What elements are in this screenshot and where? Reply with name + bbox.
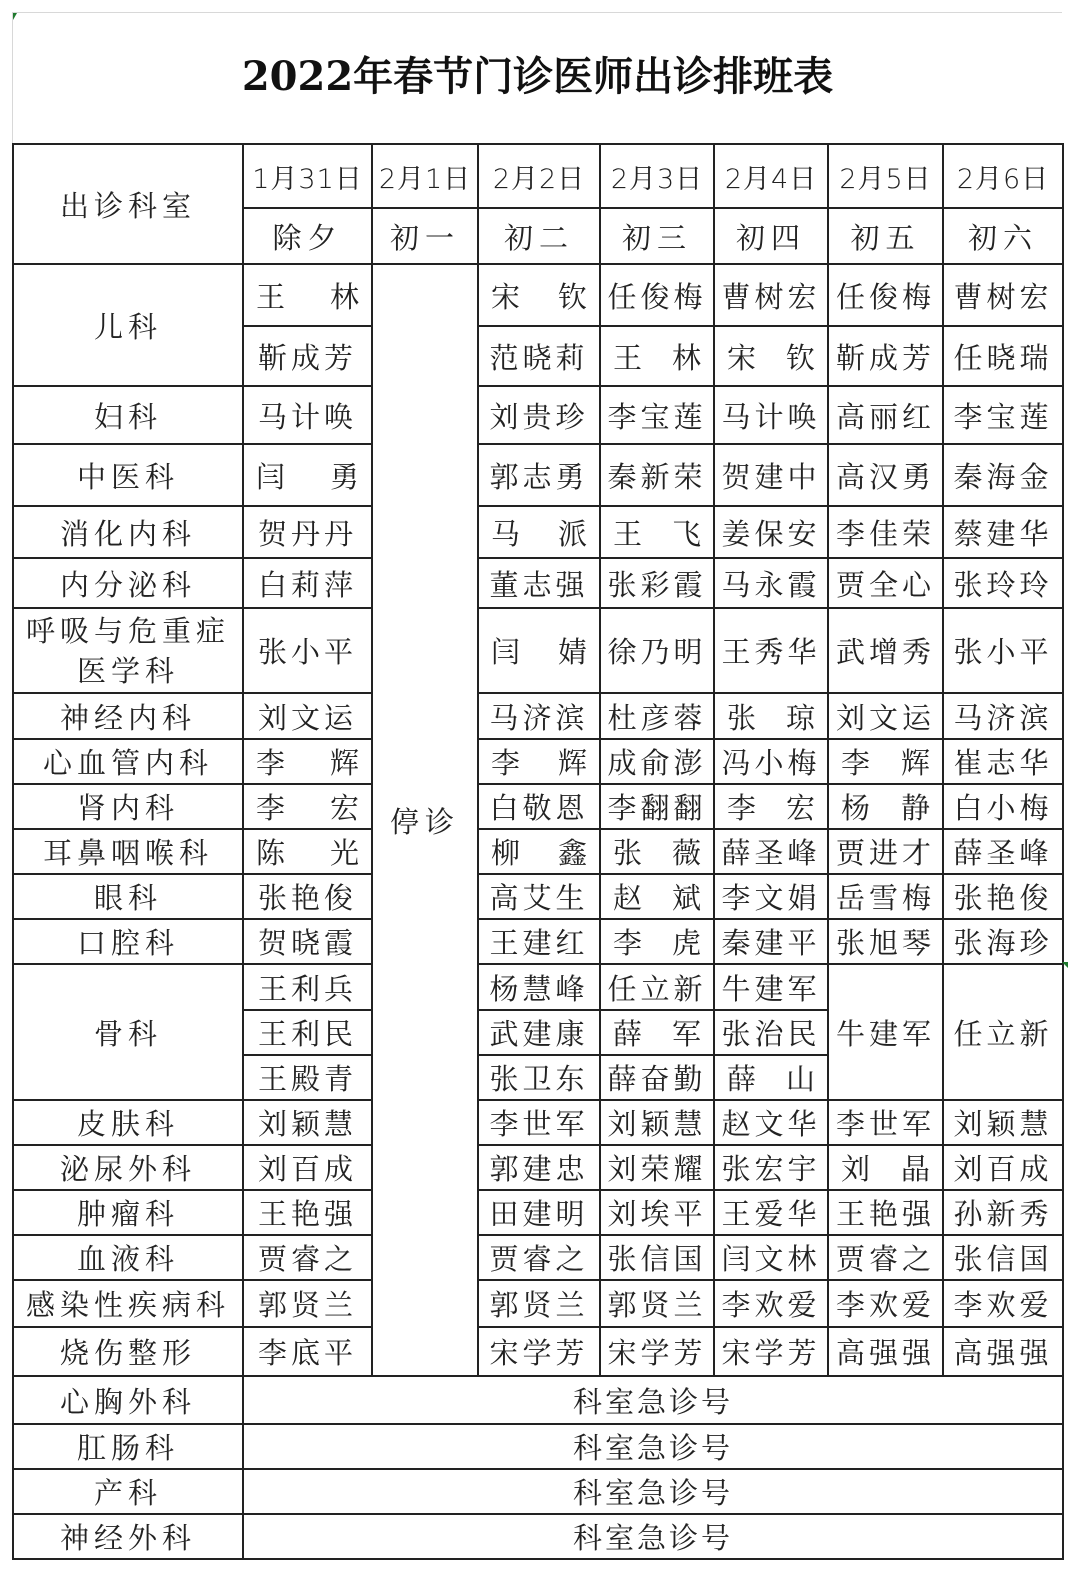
doctor-cell: 郭贤兰 <box>243 1280 372 1327</box>
name-part: 钦 <box>786 336 815 377</box>
cell-text: 王林 <box>601 336 713 377</box>
name-part: 宋 <box>491 275 520 316</box>
cell-text: 李辉 <box>829 741 942 782</box>
table-row-emergency: 心胸外科科室急诊号 <box>13 1376 1063 1424</box>
doctor-cell: 王爱华 <box>714 1190 828 1235</box>
header-row-dates: 出诊科室1月31日2月1日2月2日2月3日2月4日2月5日2月6日 <box>13 144 1063 208</box>
doctor-cell: 杨静 <box>828 784 943 829</box>
table-row: 泌尿外科刘百成郭建忠刘荣耀张宏宇刘晶刘百成 <box>13 1145 1063 1190</box>
doctor-cell: 马永霞 <box>714 558 828 608</box>
column-header-date: 2月5日 <box>828 144 943 208</box>
name-part: 李 <box>256 741 285 782</box>
table-row: 血液科贾睿之贾睿之张信国闫文林贾睿之张信国 <box>13 1235 1063 1280</box>
department-name: 眼科 <box>13 874 243 919</box>
page-title: 2022年春节门诊医师出诊排班表 <box>242 45 833 102</box>
doctor-cell: 李欢爱 <box>714 1280 828 1327</box>
name-part: 虎 <box>672 921 701 962</box>
doctor-cell: 刘埃平 <box>600 1190 714 1235</box>
cell-text: 刘晶 <box>829 1147 942 1188</box>
doctor-cell: 王利兵 <box>243 964 372 1010</box>
department-name: 内分泌科 <box>13 558 243 608</box>
table-row: 烧伤整形李底平宋学芳宋学芳宋学芳高强强高强强 <box>13 1327 1063 1376</box>
doctor-cell: 王艳强 <box>243 1190 372 1235</box>
table-row: 儿科王林停诊宋钦任俊梅曹树宏任俊梅曹树宏 <box>13 264 1063 326</box>
cell-text: 赵斌 <box>601 876 713 917</box>
name-part: 李 <box>727 786 756 827</box>
doctor-cell: 蔡建华 <box>943 506 1063 558</box>
name-part: 张 <box>613 831 642 872</box>
name-part: 陈 <box>256 831 285 872</box>
doctor-cell: 宋钦 <box>714 326 828 386</box>
doctor-cell: 高强强 <box>943 1327 1063 1376</box>
doctor-cell: 范晓莉 <box>478 326 600 386</box>
name-part: 山 <box>786 1057 815 1098</box>
name-part: 婧 <box>558 630 587 671</box>
column-header-date: 2月1日 <box>372 144 478 208</box>
doctor-cell: 赵斌 <box>600 874 714 919</box>
doctor-cell: 张宏宇 <box>714 1145 828 1190</box>
doctor-cell: 李佳荣 <box>828 506 943 558</box>
department-name: 肿瘤科 <box>13 1190 243 1235</box>
doctor-cell: 孙新秀 <box>943 1190 1063 1235</box>
doctor-cell: 任俊梅 <box>600 264 714 326</box>
department-name: 中医科 <box>13 444 243 506</box>
doctor-cell: 靳成芳 <box>828 326 943 386</box>
department-name: 骨科 <box>13 964 243 1100</box>
doctor-cell: 马计唤 <box>714 386 828 444</box>
table-row: 骨科王利兵杨慧峰任立新牛建军牛建军任立新 <box>13 964 1063 1010</box>
cell-text: 李虎 <box>601 921 713 962</box>
table-row: 皮肤科刘颖慧李世军刘颖慧赵文华李世军刘颖慧 <box>13 1100 1063 1145</box>
name-part: 李 <box>491 741 520 782</box>
doctor-cell: 宋学芳 <box>600 1327 714 1376</box>
doctor-cell: 白敬恩 <box>478 784 600 829</box>
name-part: 辉 <box>330 741 359 782</box>
cell-text: 闫婧 <box>479 630 599 671</box>
name-part: 宏 <box>786 786 815 827</box>
doctor-cell: 张琼 <box>714 693 828 739</box>
cell-text: 李辉 <box>244 741 371 782</box>
doctor-cell: 郭建忠 <box>478 1145 600 1190</box>
doctor-cell: 刘晶 <box>828 1145 943 1190</box>
department-name: 血液科 <box>13 1235 243 1280</box>
doctor-cell: 马济滨 <box>943 693 1063 739</box>
doctor-cell: 柳鑫 <box>478 829 600 874</box>
department-name: 妇科 <box>13 386 243 444</box>
column-header-lunar-day: 除夕 <box>243 208 372 264</box>
column-header-date: 2月6日 <box>943 144 1063 208</box>
doctor-cell: 董志强 <box>478 558 600 608</box>
doctor-cell: 李辉 <box>243 739 372 784</box>
schedule-table: 出诊科室1月31日2月1日2月2日2月3日2月4日2月5日2月6日除夕初一初二初… <box>12 143 1064 1560</box>
doctor-cell: 李宝莲 <box>600 386 714 444</box>
name-part: 钦 <box>558 275 587 316</box>
name-part: 马 <box>491 512 520 553</box>
department-name: 肛肠科 <box>13 1424 243 1469</box>
doctor-cell: 李文娟 <box>714 874 828 919</box>
doctor-cell: 崔志华 <box>943 739 1063 784</box>
doctor-cell: 秦新荣 <box>600 444 714 506</box>
name-part: 鑫 <box>558 831 587 872</box>
doctor-cell: 张彩霞 <box>600 558 714 608</box>
doctor-cell: 刘贵珍 <box>478 386 600 444</box>
emergency-cell: 科室急诊号 <box>243 1424 1063 1469</box>
doctor-cell: 冯小梅 <box>714 739 828 784</box>
doctor-cell: 任俊梅 <box>828 264 943 326</box>
table-row: 肾内科李宏白敬恩李翻翻李宏杨静白小梅 <box>13 784 1063 829</box>
department-name: 口腔科 <box>13 919 243 964</box>
department-name-line: 医学科 <box>14 651 242 691</box>
department-name: 烧伤整形 <box>13 1327 243 1376</box>
doctor-cell: 白小梅 <box>943 784 1063 829</box>
doctor-cell: 秦海金 <box>943 444 1063 506</box>
doctor-cell: 马济滨 <box>478 693 600 739</box>
doctor-cell: 岳雪梅 <box>828 874 943 919</box>
table-row: 中医科闫勇郭志勇秦新荣贺建中高汉勇秦海金 <box>13 444 1063 506</box>
emergency-cell: 科室急诊号 <box>243 1514 1063 1559</box>
doctor-cell: 徐乃明 <box>600 608 714 693</box>
department-name: 心血管内科 <box>13 739 243 784</box>
cell-text: 宋钦 <box>715 336 827 377</box>
doctor-cell: 任晓瑞 <box>943 326 1063 386</box>
doctor-cell: 任立新 <box>600 964 714 1010</box>
doctor-cell: 刘文运 <box>828 693 943 739</box>
doctor-cell: 李翻翻 <box>600 784 714 829</box>
doctor-cell: 李宏 <box>714 784 828 829</box>
emergency-cell: 科室急诊号 <box>243 1376 1063 1424</box>
table-row: 耳鼻咽喉科陈光柳鑫张薇薛圣峰贾进才薛圣峰 <box>13 829 1063 874</box>
name-part: 光 <box>330 831 359 872</box>
doctor-cell: 李世军 <box>478 1100 600 1145</box>
name-part: 勇 <box>330 455 359 496</box>
cell-text: 马派 <box>479 512 599 553</box>
name-part: 军 <box>672 1012 701 1053</box>
name-part: 王 <box>613 336 642 377</box>
doctor-cell: 张旭琴 <box>828 919 943 964</box>
name-part: 辉 <box>901 741 930 782</box>
doctor-cell: 闫文林 <box>714 1235 828 1280</box>
name-part: 辉 <box>558 741 587 782</box>
name-part: 斌 <box>672 876 701 917</box>
column-header-date: 1月31日 <box>243 144 372 208</box>
doctor-cell: 贾进才 <box>828 829 943 874</box>
doctor-cell: 高艾生 <box>478 874 600 919</box>
doctor-cell: 张治民 <box>714 1010 828 1055</box>
doctor-cell: 李底平 <box>243 1327 372 1376</box>
doctor-cell: 薛山 <box>714 1055 828 1100</box>
cell-marker-icon <box>1062 962 1068 968</box>
department-name: 神经内科 <box>13 693 243 739</box>
emergency-cell: 科室急诊号 <box>243 1469 1063 1514</box>
department-name: 心胸外科 <box>13 1376 243 1424</box>
doctor-cell: 郭贤兰 <box>478 1280 600 1327</box>
table-row-emergency: 产科科室急诊号 <box>13 1469 1063 1514</box>
cell-text: 宋钦 <box>479 275 599 316</box>
doctor-cell: 王飞 <box>600 506 714 558</box>
doctor-cell: 武建康 <box>478 1010 600 1055</box>
doctor-cell: 李宏 <box>243 784 372 829</box>
doctor-cell: 贾睿之 <box>828 1235 943 1280</box>
table-row: 心血管内科李辉李辉成俞澎冯小梅李辉崔志华 <box>13 739 1063 784</box>
doctor-cell: 刘百成 <box>243 1145 372 1190</box>
name-part: 静 <box>901 786 930 827</box>
column-header-lunar-day: 初一 <box>372 208 478 264</box>
doctor-cell: 赵文华 <box>714 1100 828 1145</box>
doctor-cell: 张玲玲 <box>943 558 1063 608</box>
doctor-cell: 张信国 <box>600 1235 714 1280</box>
doctor-cell: 李宝莲 <box>943 386 1063 444</box>
doctor-cell: 马计唤 <box>243 386 372 444</box>
doctor-cell: 成俞澎 <box>600 739 714 784</box>
doctor-cell: 陈光 <box>243 829 372 874</box>
doctor-cell: 李世军 <box>828 1100 943 1145</box>
doctor-cell: 贾全心 <box>828 558 943 608</box>
name-part: 飞 <box>672 512 701 553</box>
doctor-cell: 刘颖慧 <box>600 1100 714 1145</box>
column-header-lunar-day: 初四 <box>714 208 828 264</box>
name-part: 王 <box>613 512 642 553</box>
table-row: 妇科马计唤刘贵珍李宝莲马计唤高丽红李宝莲 <box>13 386 1063 444</box>
column-header-lunar-day: 初二 <box>478 208 600 264</box>
doctor-cell: 贺晓霞 <box>243 919 372 964</box>
doctor-cell: 贺建中 <box>714 444 828 506</box>
department-name: 呼吸与危重症医学科 <box>13 608 243 693</box>
name-part: 闫 <box>256 455 285 496</box>
name-part: 刘 <box>841 1147 870 1188</box>
doctor-cell: 王建红 <box>478 919 600 964</box>
column-header-lunar-day: 初五 <box>828 208 943 264</box>
name-part: 柳 <box>491 831 520 872</box>
department-name: 皮肤科 <box>13 1100 243 1145</box>
doctor-cell: 薛军 <box>600 1010 714 1055</box>
table-row: 内分泌科白莉萍董志强张彩霞马永霞贾全心张玲玲 <box>13 558 1063 608</box>
doctor-cell: 高强强 <box>828 1327 943 1376</box>
doctor-cell: 白莉萍 <box>243 558 372 608</box>
name-part: 琼 <box>786 696 815 737</box>
doctor-cell: 高丽红 <box>828 386 943 444</box>
cell-text: 杨静 <box>829 786 942 827</box>
name-part: 林 <box>330 275 359 316</box>
doctor-cell: 张信国 <box>943 1235 1063 1280</box>
name-part: 宏 <box>330 786 359 827</box>
cell-text: 张琼 <box>715 696 827 737</box>
department-name-line: 呼吸与危重症 <box>14 611 242 651</box>
doctor-cell: 刘颖慧 <box>243 1100 372 1145</box>
cell-text: 薛山 <box>715 1057 827 1098</box>
table-row-emergency: 肛肠科科室急诊号 <box>13 1424 1063 1469</box>
doctor-cell: 张艳俊 <box>243 874 372 919</box>
name-part: 李 <box>256 786 285 827</box>
column-header-lunar-day: 初六 <box>943 208 1063 264</box>
doctor-cell: 贾睿之 <box>243 1235 372 1280</box>
cell-text: 李宏 <box>715 786 827 827</box>
name-part: 王 <box>256 275 285 316</box>
cell-text: 王林 <box>244 275 371 316</box>
doctor-cell: 薛圣峰 <box>714 829 828 874</box>
doctor-cell: 田建明 <box>478 1190 600 1235</box>
table-row: 感染性疾病科郭贤兰郭贤兰郭贤兰李欢爱李欢爱李欢爱 <box>13 1280 1063 1327</box>
name-part: 李 <box>841 741 870 782</box>
doctor-cell: 薛奋勤 <box>600 1055 714 1100</box>
department-name: 产科 <box>13 1469 243 1514</box>
cell-text: 李辉 <box>479 741 599 782</box>
doctor-cell: 张小平 <box>243 608 372 693</box>
closed-cell: 停诊 <box>372 264 478 1376</box>
name-part: 张 <box>727 696 756 737</box>
department-name: 神经外科 <box>13 1514 243 1559</box>
doctor-cell: 贺丹丹 <box>243 506 372 558</box>
department-name: 感染性疾病科 <box>13 1280 243 1327</box>
doctor-cell: 宋学芳 <box>478 1327 600 1376</box>
doctor-cell: 张艳俊 <box>943 874 1063 919</box>
cell-text: 薛军 <box>601 1012 713 1053</box>
name-part: 林 <box>672 336 701 377</box>
table-row-emergency: 神经外科科室急诊号 <box>13 1514 1063 1559</box>
name-part: 薛 <box>613 1012 642 1053</box>
table-row: 眼科张艳俊高艾生赵斌李文娟岳雪梅张艳俊 <box>13 874 1063 919</box>
column-header-date: 2月3日 <box>600 144 714 208</box>
table-row: 呼吸与危重症医学科张小平闫婧徐乃明王秀华武增秀张小平 <box>13 608 1063 693</box>
doctor-cell: 刘文运 <box>243 693 372 739</box>
cell-marker-icon <box>13 13 17 20</box>
doctor-cell: 宋钦 <box>478 264 600 326</box>
column-header-department: 出诊科室 <box>13 144 243 264</box>
cell-text: 张薇 <box>601 831 713 872</box>
cell-text: 闫勇 <box>244 455 371 496</box>
cell-text: 王飞 <box>601 512 713 553</box>
doctor-cell-merged: 牛建军 <box>828 964 943 1100</box>
column-header-lunar-day: 初三 <box>600 208 714 264</box>
table-row: 肿瘤科王艳强田建明刘埃平王爱华王艳强孙新秀 <box>13 1190 1063 1235</box>
doctor-cell: 张薇 <box>600 829 714 874</box>
name-part: 薛 <box>727 1057 756 1098</box>
doctor-cell: 曹树宏 <box>714 264 828 326</box>
name-part: 杨 <box>841 786 870 827</box>
doctor-cell: 曹树宏 <box>943 264 1063 326</box>
doctor-cell: 闫勇 <box>243 444 372 506</box>
doctor-cell-merged: 任立新 <box>943 964 1063 1100</box>
name-part: 晶 <box>901 1147 930 1188</box>
doctor-cell: 李欢爱 <box>828 1280 943 1327</box>
department-name: 耳鼻咽喉科 <box>13 829 243 874</box>
cell-text: 柳鑫 <box>479 831 599 872</box>
doctor-cell: 秦建平 <box>714 919 828 964</box>
doctor-cell: 张海珍 <box>943 919 1063 964</box>
doctor-cell: 郭志勇 <box>478 444 600 506</box>
cell-text: 陈光 <box>244 831 371 872</box>
doctor-cell: 王殿青 <box>243 1055 372 1100</box>
doctor-cell: 贾睿之 <box>478 1235 600 1280</box>
doctor-cell: 王利民 <box>243 1010 372 1055</box>
column-header-date: 2月2日 <box>478 144 600 208</box>
name-part: 赵 <box>613 876 642 917</box>
doctor-cell: 张小平 <box>943 608 1063 693</box>
doctor-cell: 牛建军 <box>714 964 828 1010</box>
table-row: 神经内科刘文运马济滨杜彦蓉张琼刘文运马济滨 <box>13 693 1063 739</box>
doctor-cell: 郭贤兰 <box>600 1280 714 1327</box>
name-part: 李 <box>613 921 642 962</box>
doctor-cell: 闫婧 <box>478 608 600 693</box>
department-name: 泌尿外科 <box>13 1145 243 1190</box>
doctor-cell: 王林 <box>243 264 372 326</box>
doctor-cell: 张卫东 <box>478 1055 600 1100</box>
doctor-cell: 王秀华 <box>714 608 828 693</box>
title-area: 2022年春节门诊医师出诊排班表 <box>12 12 1062 143</box>
doctor-cell: 马派 <box>478 506 600 558</box>
department-name: 肾内科 <box>13 784 243 829</box>
cell-text: 李宏 <box>244 786 371 827</box>
doctor-cell: 靳成芳 <box>243 326 372 386</box>
doctor-cell: 刘颖慧 <box>943 1100 1063 1145</box>
doctor-cell: 李辉 <box>828 739 943 784</box>
doctor-cell: 李欢爱 <box>943 1280 1063 1327</box>
doctor-cell: 杜彦蓉 <box>600 693 714 739</box>
doctor-cell: 杨慧峰 <box>478 964 600 1010</box>
table-row: 口腔科贺晓霞王建红李虎秦建平张旭琴张海珍 <box>13 919 1063 964</box>
doctor-cell: 王艳强 <box>828 1190 943 1235</box>
doctor-cell: 宋学芳 <box>714 1327 828 1376</box>
doctor-cell: 薛圣峰 <box>943 829 1063 874</box>
doctor-cell: 武增秀 <box>828 608 943 693</box>
department-name: 消化内科 <box>13 506 243 558</box>
name-part: 薇 <box>672 831 701 872</box>
column-header-date: 2月4日 <box>714 144 828 208</box>
doctor-cell: 李虎 <box>600 919 714 964</box>
table-row: 消化内科贺丹丹马派王飞姜保安李佳荣蔡建华 <box>13 506 1063 558</box>
doctor-cell: 高汉勇 <box>828 444 943 506</box>
doctor-cell: 姜保安 <box>714 506 828 558</box>
doctor-cell: 王林 <box>600 326 714 386</box>
name-part: 宋 <box>727 336 756 377</box>
doctor-cell: 刘百成 <box>943 1145 1063 1190</box>
department-name: 儿科 <box>13 264 243 386</box>
name-part: 派 <box>558 512 587 553</box>
name-part: 闫 <box>491 630 520 671</box>
doctor-cell: 刘荣耀 <box>600 1145 714 1190</box>
doctor-cell: 李辉 <box>478 739 600 784</box>
